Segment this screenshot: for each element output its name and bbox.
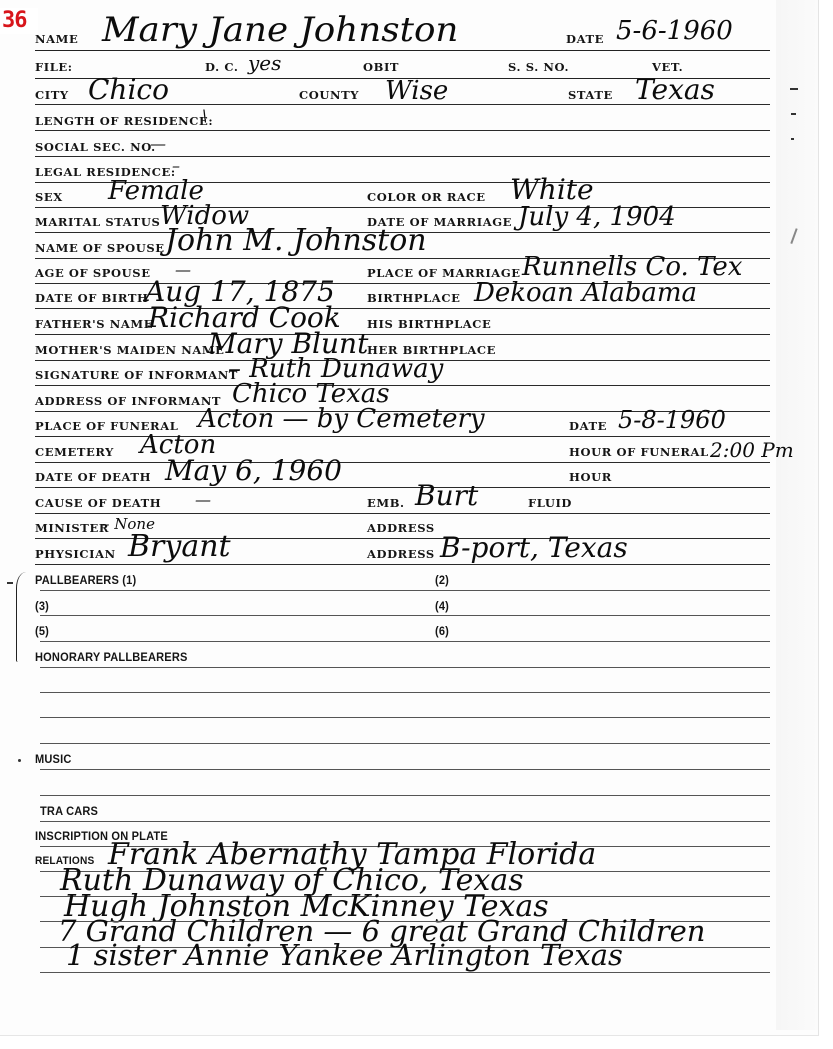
date-value[interactable]: 5-6-1960	[616, 18, 733, 44]
physician-address-value[interactable]: B-port, Texas	[440, 534, 628, 562]
margin-tick	[791, 138, 794, 140]
pallbearer-slot-3-label: (3)	[35, 600, 49, 612]
sex-label: SEX	[35, 191, 63, 203]
pallbearer-slot-4-label: (4)	[435, 600, 449, 612]
rule	[35, 130, 770, 131]
margin-tick	[790, 88, 798, 90]
physician-label: PHYSICIAN	[35, 548, 116, 560]
bullet-mark	[18, 759, 21, 762]
date-of-death-value[interactable]: May 6, 1960	[165, 457, 342, 485]
rule	[40, 717, 770, 718]
rule	[35, 334, 770, 335]
physician-address-label: ADDRESS	[367, 548, 435, 560]
color-or-race-label: COLOR OR RACE	[367, 191, 486, 203]
rule	[40, 821, 770, 822]
rule	[35, 156, 770, 157]
marital-status-label: MARITAL STATUS	[35, 216, 160, 228]
dc-label: D. C.	[205, 61, 239, 73]
county-label: COUNTY	[299, 89, 359, 101]
page-edge-shadow	[776, 0, 818, 1030]
death-hour-label: HOUR	[569, 471, 612, 483]
relations-line-5[interactable]: 1 sister Annie Yankee Arlington Texas	[66, 941, 623, 970]
date-of-marriage-value[interactable]: July 4, 1904	[518, 204, 676, 230]
rule	[35, 564, 770, 565]
fathers-name-label: FATHER'S NAME	[35, 318, 153, 330]
city-value[interactable]: Chico	[88, 76, 169, 104]
rule	[35, 487, 770, 488]
cemetery-label: CEMETERY	[35, 446, 114, 458]
pallbearer-slot-5-label: (5)	[35, 625, 49, 637]
minister-address-label: ADDRESS	[367, 522, 435, 534]
rule	[35, 50, 770, 51]
length-of-residence-value[interactable]: \	[202, 108, 207, 124]
rule	[40, 667, 770, 668]
funeral-date-label: DATE	[569, 420, 607, 432]
state-value[interactable]: Texas	[635, 76, 715, 104]
rule	[35, 513, 770, 514]
minister-label: MINISTER	[35, 522, 109, 534]
rule	[35, 104, 770, 105]
hour-of-funeral-value[interactable]: 2:00 Pm	[710, 440, 794, 460]
city-label: CITY	[35, 89, 69, 101]
spouse-name-value[interactable]: John M. Johnston	[165, 226, 427, 256]
margin-tick	[7, 582, 13, 584]
address-of-informant-label: ADDRESS OF INFORMANT	[35, 395, 221, 407]
name-value[interactable]: Mary Jane Johnston	[102, 13, 458, 47]
date-label: DATE	[566, 33, 604, 45]
birthplace-value[interactable]: Dekoan Alabama	[474, 280, 697, 306]
emb-label: EMB.	[367, 497, 405, 509]
funeral-record-card: 36 NAME Mary Jane Johnston DATE 5-6-1960…	[0, 0, 819, 1036]
his-birthplace-label: HIS BIRTHPLACE	[367, 318, 491, 330]
date-of-birth-label: DATE OF BIRTH	[35, 292, 148, 304]
rule	[40, 795, 770, 796]
rule	[35, 462, 770, 463]
mothers-maiden-name-label: MOTHER'S MAIDEN NAME	[35, 344, 225, 356]
pallbearers-brace	[16, 572, 27, 662]
name-label: NAME	[35, 33, 78, 45]
funeral-date-value[interactable]: 5-8-1960	[618, 408, 726, 432]
signature-of-informant-label: SIGNATURE OF INFORMANT	[35, 369, 238, 381]
rule	[40, 769, 770, 770]
rule	[40, 972, 770, 973]
pallbearer-slot-2-label: (2)	[435, 574, 449, 586]
pallbearer-slot-6-label: (6)	[435, 625, 449, 637]
record-number-badge: 36	[0, 8, 38, 34]
rule	[40, 692, 770, 693]
age-of-spouse-label: AGE OF SPOUSE	[35, 267, 151, 279]
legal-residence-value[interactable]: –	[172, 158, 180, 174]
extra-cars-label: TRA CARS	[40, 805, 98, 817]
physician-value[interactable]: Bryant	[128, 532, 231, 562]
fluid-label: FLUID	[528, 497, 572, 509]
cause-of-death-label: CAUSE OF DEATH	[35, 497, 161, 509]
file-label: FILE:	[35, 61, 73, 73]
music-label: MUSIC	[35, 753, 71, 765]
state-label: STATE	[568, 89, 613, 101]
date-of-death-label: DATE OF DEATH	[35, 471, 151, 483]
place-of-funeral-value[interactable]: Acton — by Cemetery	[198, 406, 485, 432]
pallbearers-label: PALLBEARERS (1)	[35, 574, 136, 586]
place-of-marriage-value[interactable]: Runnells Co. Tex	[522, 254, 742, 280]
rule	[35, 385, 770, 386]
rule	[40, 743, 770, 744]
honorary-pallbearers-label: HONORARY PALLBEARERS	[35, 651, 188, 663]
obit-label: OBIT	[363, 61, 399, 73]
spouse-name-label: NAME OF SPOUSE	[35, 242, 165, 254]
margin-tick	[791, 113, 796, 115]
cause-of-death-value[interactable]: —	[195, 492, 211, 508]
birthplace-label: BIRTHPLACE	[367, 292, 460, 304]
ss-no-label: S. S. NO.	[508, 61, 569, 73]
color-or-race-value[interactable]: White	[510, 176, 594, 204]
rule	[35, 308, 770, 309]
dc-value[interactable]: yes	[248, 53, 281, 73]
emb-value[interactable]: Burt	[415, 482, 478, 510]
length-of-residence-label: LENGTH OF RESIDENCE:	[35, 115, 213, 127]
hour-of-funeral-label: HOUR OF FUNERAL	[569, 446, 709, 458]
rule	[40, 641, 770, 642]
vet-label: VET.	[652, 61, 683, 73]
social-sec-no-label: SOCIAL SEC. NO.	[35, 141, 156, 153]
social-sec-no-value[interactable]: —	[150, 136, 166, 152]
county-value[interactable]: Wise	[385, 78, 448, 104]
rule	[40, 615, 770, 616]
rule	[40, 590, 770, 591]
